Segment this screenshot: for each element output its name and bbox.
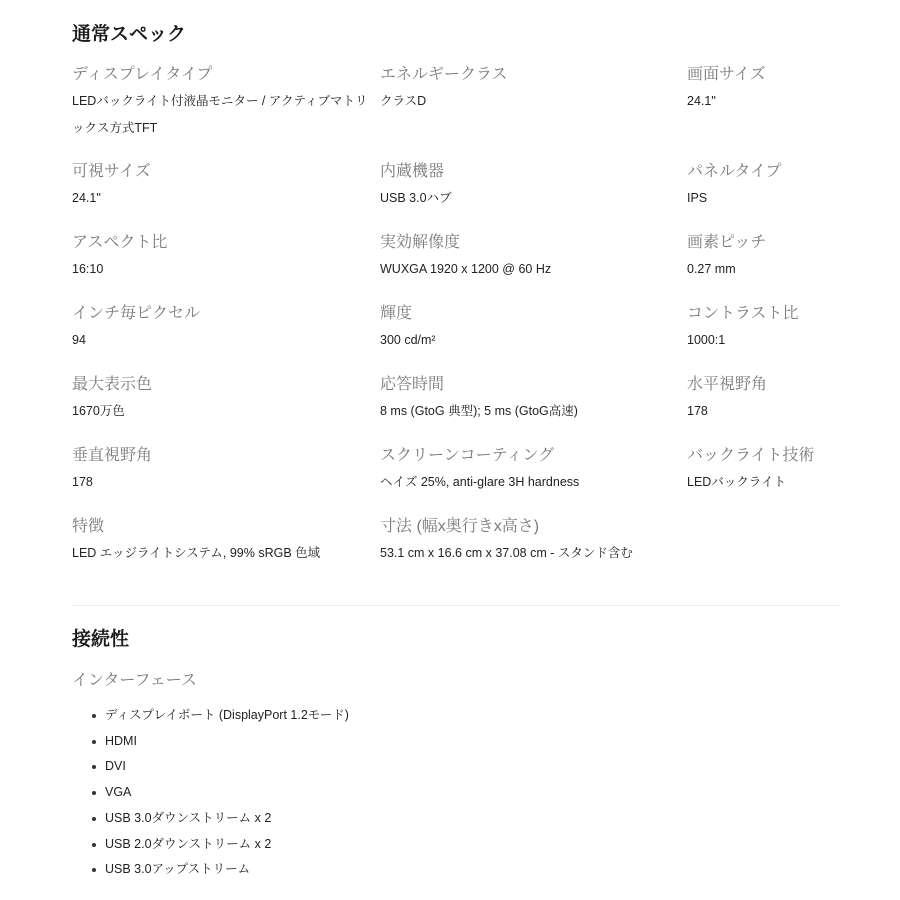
spec-panel-type: パネルタイプ IPS [687,161,867,212]
spec-backlight-technology: バックライト技術 LEDバックライト [687,445,867,496]
spec-label: アスペクト比 [72,232,372,254]
list-item: USB 3.0アップストリーム [72,857,349,883]
spec-label: 輝度 [380,303,680,325]
list-item: USB 2.0ダウンストリーム x 2 [72,832,349,858]
spec-label: バックライト技術 [687,445,867,467]
spec-value: LEDバックライト [687,469,867,496]
spec-value: LEDバックライト付液晶モニター / アクティブマトリックス方式TFT [72,88,372,142]
spec-dimensions: 寸法 (幅x奥行きx高さ) 53.1 cm x 16.6 cm x 37.08 … [380,516,680,567]
spec-label: 可視サイズ [72,161,372,183]
spec-label: 画素ピッチ [687,232,867,254]
section-divider [72,605,840,606]
spec-label: 特徴 [72,516,372,538]
list-item: DVI [72,754,349,780]
spec-energy-class: エネルギークラス クラスD [380,64,680,115]
spec-label: 応答時間 [380,374,680,396]
spec-value: 300 cd/m² [380,327,680,354]
spec-native-resolution: 実効解像度 WUXGA 1920 x 1200 @ 60 Hz [380,232,680,283]
spec-built-in-devices: 内蔵機器 USB 3.0ハブ [380,161,680,212]
spec-label: 画面サイズ [687,64,867,86]
spec-value: ヘイズ 25%, anti-glare 3H hardness [380,469,680,496]
spec-label: エネルギークラス [380,64,680,86]
spec-value: 178 [72,469,372,496]
interface-label: インターフェース [72,667,197,690]
spec-screen-size: 画面サイズ 24.1" [687,64,867,115]
list-item: VGA [72,780,349,806]
spec-value: 94 [72,327,372,354]
spec-value: WUXGA 1920 x 1200 @ 60 Hz [380,256,680,283]
spec-pixels-per-inch: インチ毎ピクセル 94 [72,303,372,354]
spec-value: 24.1" [687,88,867,115]
spec-label: インチ毎ピクセル [72,303,372,325]
spec-brightness: 輝度 300 cd/m² [380,303,680,354]
section-title-general: 通常スペック [72,19,186,46]
spec-value: IPS [687,185,867,212]
spec-label: パネルタイプ [687,161,867,183]
list-item: HDMI [72,729,349,755]
spec-value: クラスD [380,88,680,115]
spec-viewable-size: 可視サイズ 24.1" [72,161,372,212]
section-title-connectivity: 接続性 [72,624,129,651]
list-item: ディスプレイポート (DisplayPort 1.2モード) [72,703,349,729]
spec-value: 0.27 mm [687,256,867,283]
spec-label: 水平視野角 [687,374,867,396]
spec-label: 垂直視野角 [72,445,372,467]
spec-value: 8 ms (GtoG 典型); 5 ms (GtoG高速) [380,398,680,425]
spec-label: コントラスト比 [687,303,867,325]
spec-label: 最大表示色 [72,374,372,396]
spec-value: USB 3.0ハブ [380,185,680,212]
spec-screen-coating: スクリーンコーティング ヘイズ 25%, anti-glare 3H hardn… [380,445,680,496]
spec-label: 実効解像度 [380,232,680,254]
interface-list: ディスプレイポート (DisplayPort 1.2モード) HDMI DVI … [72,703,349,883]
spec-response-time: 応答時間 8 ms (GtoG 典型); 5 ms (GtoG高速) [380,374,680,425]
spec-value: 53.1 cm x 16.6 cm x 37.08 cm - スタンド含む [380,540,680,567]
spec-vertical-viewing-angle: 垂直視野角 178 [72,445,372,496]
spec-label: ディスプレイタイプ [72,64,372,86]
spec-value: 178 [687,398,867,425]
spec-value: 24.1" [72,185,372,212]
spec-label: 内蔵機器 [380,161,680,183]
spec-value: 1000:1 [687,327,867,354]
spec-features: 特徴 LED エッジライトシステム, 99% sRGB 色域 [72,516,372,567]
spec-horizontal-viewing-angle: 水平視野角 178 [687,374,867,425]
spec-value: 1670万色 [72,398,372,425]
spec-pixel-pitch: 画素ピッチ 0.27 mm [687,232,867,283]
spec-aspect-ratio: アスペクト比 16:10 [72,232,372,283]
spec-display-type: ディスプレイタイプ LEDバックライト付液晶モニター / アクティブマトリックス… [72,64,372,142]
spec-label: スクリーンコーティング [380,445,680,467]
list-item: USB 3.0ダウンストリーム x 2 [72,806,349,832]
spec-value: LED エッジライトシステム, 99% sRGB 色域 [72,540,372,567]
spec-contrast-ratio: コントラスト比 1000:1 [687,303,867,354]
spec-value: 16:10 [72,256,372,283]
spec-max-colors: 最大表示色 1670万色 [72,374,372,425]
spec-label: 寸法 (幅x奥行きx高さ) [380,516,680,538]
